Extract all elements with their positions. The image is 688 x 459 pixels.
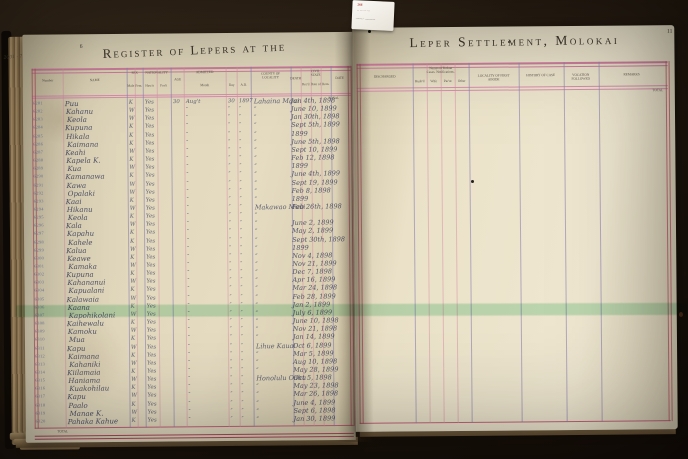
column-rule [519, 62, 523, 422]
cell-nationality: Yes [147, 360, 169, 366]
cell-day-admitted: ″ [230, 294, 238, 300]
ink-speck [679, 312, 683, 317]
cell-name: Hikanu [67, 206, 133, 214]
cell-year-admitted: ″ [240, 261, 252, 267]
cell-year-admitted: ″ [240, 245, 252, 251]
header-label: Husb'd [414, 79, 425, 83]
total-label: TOTAL [56, 429, 70, 433]
cell-locality: ″ [256, 351, 294, 358]
cell-locality: ″ [256, 383, 294, 390]
cell-date: Nov 21, 1899 [292, 260, 352, 267]
cell-locality: ″ [257, 408, 295, 415]
cell-month-admitted: ″ [186, 140, 220, 146]
cell-nationality: Yes [146, 263, 168, 269]
cell-year-admitted: ″ [239, 156, 251, 162]
cell-year-admitted: ″ [240, 286, 252, 292]
cell-number: 6285 [33, 134, 49, 139]
cell-year-admitted: ″ [241, 343, 253, 349]
cell-date: June 4, 1899 [293, 399, 353, 406]
cell-locality: ″ [256, 367, 294, 374]
cell-month-admitted: ″ [186, 115, 220, 121]
cell-locality: ″ [256, 359, 294, 366]
cell-sex: W [130, 263, 139, 269]
cell-year-admitted: 1897 [239, 98, 251, 104]
cell-sex: W [130, 279, 139, 285]
cell-name: Kahele [68, 239, 134, 247]
cell-sex: K [131, 369, 140, 375]
ledger-book: 2001 · 7 · 30 6 Register of Lepers at th… [0, 0, 688, 459]
cell-year-admitted: ″ [240, 188, 252, 194]
cell-nationality: Yes [145, 165, 167, 171]
cell-month-admitted: Aug't [186, 99, 220, 105]
cell-locality: ″ [255, 261, 293, 268]
cell-day-admitted: ″ [230, 335, 238, 341]
header-label: Day [226, 83, 236, 87]
cell-locality: Lihue Kauai [256, 342, 294, 349]
cell-date: 1899 [292, 195, 352, 202]
cell-sex: K [131, 385, 140, 391]
cell-name: Hikala [66, 133, 132, 141]
cell-number: 6295 [34, 215, 50, 220]
cell-locality: ″ [254, 114, 292, 121]
cell-number: 6296 [34, 224, 50, 229]
cell-day-admitted: ″ [229, 180, 237, 186]
cell-number: 6287 [33, 150, 49, 155]
cell-day-admitted: ″ [228, 131, 236, 137]
cell-name: Kaimana [67, 141, 133, 149]
cell-number: 6290 [33, 175, 49, 180]
cell-name: Kapela K. [66, 157, 132, 165]
header-label: SEX [127, 71, 141, 75]
cell-year-admitted: ″ [239, 115, 251, 121]
header-label: NATIONALITY [144, 71, 169, 75]
cell-day-admitted: ″ [230, 319, 238, 325]
cell-sex: K [130, 255, 139, 261]
cell-year-admitted: ″ [239, 172, 251, 178]
cell-sex: K [130, 214, 139, 220]
cell-sex: W [129, 116, 138, 122]
cell-month-admitted: ″ [186, 156, 220, 162]
header-label: Date of [310, 82, 322, 86]
header-label: CIVIL STATE [306, 69, 325, 77]
cell-locality: ″ [255, 228, 293, 235]
cell-number: 6291 [34, 183, 50, 188]
cell-name: Kahaniki [69, 361, 135, 369]
cell-locality: ″ [255, 212, 293, 219]
cell-month-admitted: ″ [187, 270, 221, 276]
cell-sex: K [129, 173, 138, 179]
cell-locality: ″ [255, 245, 293, 252]
cell-number: 6284 [33, 126, 49, 131]
cell-date: June 5th, 1898 [291, 138, 351, 145]
cell-locality: ″ [254, 147, 292, 154]
cell-locality: ″ [256, 318, 294, 325]
cell-year-admitted: ″ [240, 278, 252, 284]
cell-sex: K [129, 133, 138, 139]
cell-name: Kapahu [67, 231, 133, 239]
cell-year-admitted: ″ [239, 147, 251, 153]
header-label: AGE [172, 77, 183, 81]
cell-sex: W [131, 361, 140, 367]
cell-year-admitted: ″ [241, 392, 253, 398]
cell-nationality: Yes [147, 344, 169, 350]
cell-year-admitted: ″ [241, 376, 253, 382]
rule [32, 70, 351, 74]
cell-name: Manae K. [70, 410, 136, 418]
cell-sex: K [130, 198, 139, 204]
cell-month-admitted: ″ [188, 352, 222, 358]
header-label: VOCATION FOLLOWED [569, 73, 592, 81]
cell-date: Jan 4th, 1898 [291, 97, 351, 104]
tab-text: ·· ····· ··· [357, 9, 370, 13]
cell-sex: K [130, 271, 139, 277]
cell-nationality: Yes [147, 393, 169, 399]
cell-locality: ″ [255, 179, 293, 186]
cell-sex: W [129, 108, 138, 114]
cell-month-admitted: ″ [187, 189, 221, 195]
tab-text: —— · ——— [356, 17, 375, 21]
cell-date: Sept 10, 1899 [291, 146, 351, 153]
cell-month-admitted: ″ [186, 172, 220, 178]
cell-number: 6314 [35, 370, 51, 375]
cell-locality: ″ [255, 285, 293, 292]
cell-nationality: Yes [146, 222, 168, 228]
cell-name: Kaimana [68, 353, 134, 361]
cell-nationality: Yes [145, 140, 167, 146]
cell-sex: K [129, 157, 138, 163]
cell-nationality: Yes [147, 369, 169, 375]
cell-day-admitted: ″ [229, 278, 237, 284]
cell-sex: K [129, 141, 138, 147]
cell-date: June 10, 1898 [293, 317, 353, 324]
cell-nationality: Yes [146, 254, 168, 260]
cell-year-admitted: ″ [239, 164, 251, 170]
cell-date: Mar 5, 1899 [293, 350, 353, 357]
cell-name: Paalo [68, 402, 134, 410]
cell-day-admitted: ″ [229, 188, 237, 194]
cell-day-admitted: ″ [230, 327, 238, 333]
cell-day-admitted: ″ [228, 172, 236, 178]
cell-number: 6300 [34, 256, 50, 261]
cell-number: 6316 [35, 387, 51, 392]
cell-date: May 2, 1899 [292, 227, 352, 234]
cell-day-admitted: ″ [230, 376, 238, 382]
cell-year-admitted: ″ [240, 237, 252, 243]
cell-date: Aug 10, 1898 [293, 358, 353, 365]
cell-number: 6292 [34, 191, 50, 196]
cell-year-admitted: ″ [240, 213, 252, 219]
cell-month-admitted: ″ [188, 376, 222, 382]
cell-sex: W [132, 410, 141, 416]
cell-sex: W [130, 206, 139, 212]
cell-number: 6299 [34, 248, 50, 253]
cell-day-admitted: ″ [230, 392, 238, 398]
cell-date: Dec 7, 1898 [292, 268, 352, 275]
cell-number: 6319 [36, 411, 52, 416]
cell-month-admitted: ″ [188, 335, 222, 341]
cell-locality: ″ [255, 236, 293, 243]
archive-tab: 266 ·· ····· ··· —— · ——— [351, 0, 394, 31]
ink-speck [508, 41, 510, 43]
cell-name: Keawe [67, 255, 133, 263]
cell-nationality: Yes [146, 271, 168, 277]
cell-date: 1899 [292, 244, 352, 251]
cell-month-admitted: ″ [187, 286, 221, 292]
cell-day-admitted: ″ [229, 237, 237, 243]
cell-day-admitted: ″ [230, 343, 238, 349]
cell-sex: W [131, 377, 140, 383]
cell-sex: W [131, 393, 140, 399]
cell-year-admitted: ″ [240, 196, 252, 202]
cell-month-admitted: ″ [187, 229, 221, 235]
cell-nationality: Yes [147, 352, 169, 358]
cell-day-admitted: ″ [230, 359, 238, 365]
cell-month-admitted: ″ [189, 417, 223, 423]
cell-sex: W [130, 247, 139, 253]
cell-nationality: Yes [146, 181, 168, 187]
header-label: Names of Kokua Cases. Notifications. [426, 66, 455, 74]
cell-date: Jan 30, 1899 [294, 415, 354, 422]
cell-name: Kamaka [68, 263, 134, 271]
cell-year-admitted: ″ [239, 139, 251, 145]
column-rule [564, 62, 568, 422]
left-page: 6 Register of Lepers at the TOTAL TOTAL … [22, 32, 356, 443]
cell-day-admitted: ″ [228, 107, 236, 113]
cell-day-admitted: ″ [229, 286, 237, 292]
cell-sex: K [132, 418, 141, 424]
cell-month-admitted: ″ [186, 123, 220, 129]
cell-nationality: Yes [147, 377, 169, 383]
cell-year-admitted: ″ [241, 319, 253, 325]
cell-name: Kalawaia [67, 296, 133, 304]
cell-month-admitted: ″ [189, 409, 223, 415]
header-label: Haw'n [144, 84, 156, 88]
cell-year-admitted: ″ [241, 294, 253, 300]
cell-month-admitted: ″ [187, 221, 221, 227]
cell-number: 6318 [35, 403, 51, 408]
cell-month-admitted: ″ [186, 107, 220, 113]
cell-day-admitted: ″ [228, 123, 236, 129]
cell-date: Feb 28, 1899 [293, 293, 353, 300]
cell-locality: ″ [256, 326, 294, 333]
cell-name: Kapualani [68, 288, 134, 296]
cell-sex: K [130, 230, 139, 236]
cell-locality: ″ [255, 253, 293, 260]
cell-month-admitted: ″ [187, 180, 221, 186]
cell-day-admitted: ″ [230, 384, 238, 390]
cell-nationality: Yes [147, 401, 169, 407]
cell-name: Kawa [67, 182, 133, 190]
cell-month-admitted: ″ [187, 246, 221, 252]
column-rule [469, 63, 473, 423]
cell-number: 6297 [34, 232, 50, 237]
cell-number: 6294 [34, 207, 50, 212]
cell-name: Puu [65, 100, 131, 108]
column-rule [413, 63, 417, 423]
cell-number: 6303 [34, 281, 50, 286]
cell-date: June 4th, 1899 [291, 170, 351, 177]
cell-locality: ″ [255, 188, 293, 195]
cell-number: 6293 [34, 199, 50, 204]
cell-number: 6317 [35, 395, 51, 400]
cell-number: 6308 [35, 321, 51, 326]
column-rule [427, 63, 431, 423]
cell-sex: W [130, 190, 139, 196]
cell-nationality: Yes [145, 132, 167, 138]
margin-note: TOTAL [651, 88, 665, 92]
cell-nationality: Yes [147, 328, 169, 334]
cell-day-admitted: ″ [229, 213, 237, 219]
cell-day-admitted: ″ [229, 205, 237, 211]
cell-name: Kaai [66, 198, 132, 206]
cell-year-admitted: ″ [239, 123, 251, 129]
cell-year-admitted: ″ [242, 416, 254, 422]
cell-date: Feb 26th, 1898 [292, 203, 352, 210]
cell-nationality: Yes [146, 287, 168, 293]
cell-date: 1899 [291, 130, 351, 137]
cell-nationality: Yes [146, 197, 168, 203]
cell-date: Oct 6, 1899 [293, 342, 353, 349]
cell-day-admitted: ″ [231, 417, 239, 423]
cell-locality: ″ [254, 171, 292, 178]
cell-date: Sept 6, 1898 [294, 407, 354, 414]
cell-year-admitted: ″ [239, 107, 251, 113]
cell-date: Nov 4, 1898 [292, 252, 352, 259]
header-label: Other [457, 79, 467, 83]
cell-month-admitted: ″ [186, 132, 220, 138]
rule [360, 420, 671, 424]
cell-nationality: Yes [145, 108, 167, 114]
cell-day-admitted: ″ [229, 254, 237, 260]
cell-sex: K [131, 320, 140, 326]
header-label: Rem. [321, 82, 331, 86]
cell-name: Pahaka Kahue [68, 418, 134, 426]
right-page-title: Leper Settlement, Molokai [380, 31, 648, 51]
cell-number: 6302 [34, 272, 50, 277]
cell-month-admitted: ″ [188, 384, 222, 390]
cell-name: Kalua [66, 247, 132, 255]
cell-day-admitted: ″ [231, 408, 239, 414]
cell-number: 6281 [33, 101, 49, 106]
cell-number: 6282 [33, 109, 49, 114]
cell-year-admitted: ″ [241, 384, 253, 390]
header-label: Month [198, 83, 212, 87]
cell-year-admitted: ″ [241, 367, 253, 373]
cell-locality: ″ [254, 122, 292, 129]
cell-number: 6301 [34, 264, 50, 269]
cell-month-admitted: ″ [188, 294, 222, 300]
cell-name: Kapu [67, 394, 133, 402]
cell-locality: ″ [255, 196, 293, 203]
cell-year-admitted: ″ [240, 221, 252, 227]
cell-locality: ″ [254, 163, 292, 170]
cell-nationality: Yes [147, 320, 169, 326]
cell-nationality: Yes [145, 173, 167, 179]
cell-locality: Makawao Maui [255, 204, 293, 211]
cell-number: 6320 [36, 419, 52, 424]
cell-year-admitted: ″ [240, 204, 252, 210]
column-rule [599, 62, 603, 422]
cell-number: 6286 [33, 142, 49, 147]
cell-sex: K [130, 287, 139, 293]
cell-day-admitted: ″ [230, 351, 238, 357]
cell-year-admitted: ″ [240, 270, 252, 276]
header-label: DEATH [289, 76, 302, 80]
cell-number: 6309 [35, 329, 51, 334]
cell-sex: W [129, 149, 138, 155]
header-label: Wife [429, 79, 439, 83]
cell-month-admitted: ″ [188, 392, 222, 398]
highlight-stripe [16, 303, 688, 317]
cell-name: Opalaki [68, 190, 134, 198]
cell-month-admitted: ″ [187, 197, 221, 203]
cell-name: Kupuna [65, 125, 131, 133]
cell-sex: W [129, 165, 138, 171]
cell-day-admitted: ″ [229, 229, 237, 235]
cell-year-admitted: ″ [241, 400, 253, 406]
header-label: For'n [158, 84, 170, 88]
header-label: COUNTY OF LOCALITY [260, 72, 282, 80]
cell-day-admitted: ″ [228, 164, 236, 170]
cell-locality: ″ [256, 399, 294, 406]
cell-nationality: Yes [146, 230, 168, 236]
header-label: ADMITTED [194, 70, 215, 74]
cell-month-admitted: ″ [188, 343, 222, 349]
cell-day-admitted: ″ [229, 270, 237, 276]
cell-nationality: Yes [148, 409, 170, 415]
ink-speck [471, 180, 474, 183]
cell-sex: K [131, 336, 140, 342]
cell-locality: Honolulu Oahu [256, 375, 294, 382]
cell-age: 30 [173, 99, 183, 105]
cell-nationality: Yes [145, 124, 167, 130]
cell-nationality: Yes [146, 206, 168, 212]
cell-number: 6305 [35, 297, 51, 302]
cell-number: 6288 [33, 158, 49, 163]
cell-date: Feb 8, 1898 [292, 187, 352, 194]
column-rule [455, 63, 459, 423]
cell-nationality: Yes [147, 385, 169, 391]
cell-nationality: Yes [146, 279, 168, 285]
header-label: Par'nt [442, 79, 453, 83]
cell-nationality: Yes [148, 417, 170, 423]
cell-locality: ″ [255, 277, 293, 284]
cell-nationality: Yes [146, 246, 168, 252]
cell-date: June 10, 1899 [291, 105, 351, 112]
rule [357, 65, 668, 69]
cell-nationality: Yes [147, 336, 169, 342]
cell-locality: ″ [255, 220, 293, 227]
cell-nationality: Yes [145, 149, 167, 155]
cell-sex: W [130, 222, 139, 228]
header-label: HISTORY OF CASE [526, 73, 555, 77]
cell-locality: Lahaina Maui [254, 98, 292, 105]
cell-number: 6289 [33, 166, 49, 171]
cell-month-admitted: ″ [186, 164, 220, 170]
right-page: 11 Leper Settlement, Molokai TOTAL DISCH… [352, 25, 678, 432]
cell-nationality: Yes [146, 238, 168, 244]
header-label: LOCALITY OF FIRST ABODE [477, 74, 511, 82]
cell-locality: ″ [256, 293, 294, 300]
ink-speck [368, 30, 371, 33]
cell-nationality: Yes [147, 295, 169, 301]
cell-nationality: Yes [145, 157, 167, 163]
cell-number: 6304 [34, 289, 50, 294]
cell-year-admitted: ″ [241, 327, 253, 333]
cell-date: Sept 5th, 1899 [291, 122, 351, 129]
tab-text: 266 [357, 3, 362, 7]
cell-sex: W [131, 345, 140, 351]
